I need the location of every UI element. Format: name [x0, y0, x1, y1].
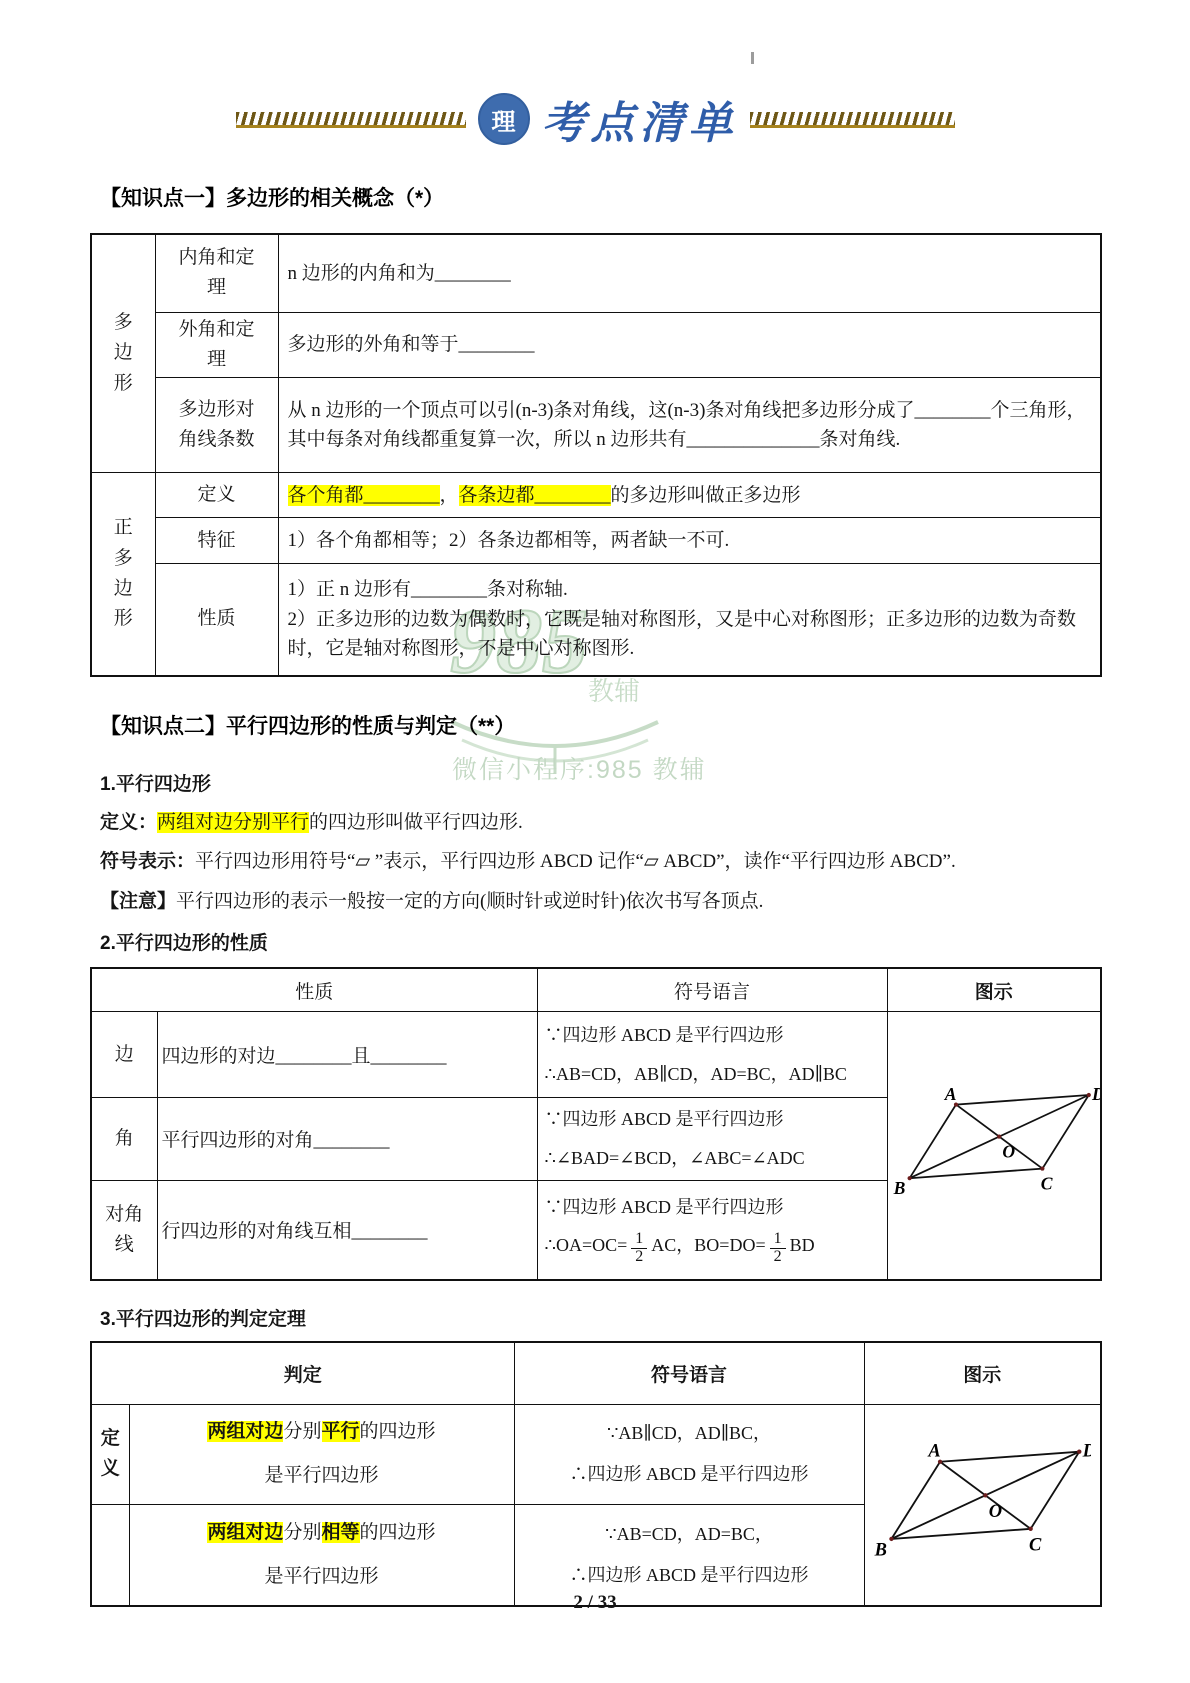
- property-text: 平行四边形的对角________: [157, 1098, 537, 1180]
- row-label-definition: 定 义: [91, 1404, 129, 1504]
- corner-mark: [751, 52, 754, 64]
- because-line: ∵AB∥CD，AD∥BC，: [519, 1413, 860, 1454]
- property-text: 四边形的对边________且________: [157, 1012, 537, 1098]
- property-text: 行四边形的对角线互相________: [157, 1180, 537, 1280]
- header-judgment: 判定: [91, 1342, 514, 1404]
- table-row: 特征 1）各个角都相等；2）各条边都相等，两者缺一不可.: [91, 518, 1101, 564]
- parallelogram-figure-cell: A D B C O: [864, 1404, 1101, 1606]
- symbol-label: 符号表示：: [100, 851, 195, 872]
- section2-heading: 【知识点二】平行四边形的性质与判定（**）: [100, 710, 1190, 740]
- note-label: 【注意】: [100, 891, 176, 912]
- vertex-d-label: D: [1091, 1087, 1100, 1104]
- therefore-line: ∴OA=OC=12AC，BO=DO=12BD: [545, 1231, 883, 1266]
- table-row: 多边形对 角线条数 从 n 边形的一个顶点可以引(n-3)条对角线，这(n-3)…: [91, 378, 1101, 473]
- vertex-d-label: D: [1082, 1443, 1091, 1461]
- highlighted-definition: 两组对边分别平行: [157, 812, 309, 833]
- note-line: 【注意】平行四边形的表示一般按一定的方向(顺时针或逆时针)依次书写各顶点.: [100, 889, 1100, 915]
- header-figure: 图示: [864, 1342, 1101, 1404]
- row-label-side: 边: [91, 1012, 157, 1098]
- therefore-line: ∴四边形 ABCD 是平行四边形: [519, 1555, 860, 1596]
- center-o-label: O: [989, 1501, 1002, 1521]
- symbol-text: 平行四边形用符号“▱ ”表示，平行四边形 ABCD 记作“▱ ABCD”，读作“…: [195, 851, 956, 872]
- symbolic-text: ∵四边形 ABCD 是平行四边形 ∴∠BAD=∠BCD，∠ABC=∠ADC: [537, 1098, 887, 1180]
- group-label-polygon: 多 边 形: [91, 234, 155, 473]
- document-page: 985 教辅 微信小程序:985 教辅 理 考点清单 【知识点一】多边形的相关概…: [0, 0, 1190, 1683]
- judgment-text: 两组对边分别相等的四边形 是平行四边形: [129, 1504, 514, 1606]
- row-label: 定义: [155, 473, 278, 518]
- definition-line: 定义：两组对边分别平行的四边形叫做平行四边形.: [100, 810, 1100, 836]
- parallelogram-figure-cell: A D B C O: [887, 1012, 1101, 1280]
- row-label: 内角和定 理: [155, 234, 278, 312]
- row-content: n 边形的内角和为________: [278, 234, 1101, 312]
- property-line1: 1）正 n 边形有________条对称轴.: [288, 575, 1097, 604]
- symbolic-text: ∵AB∥CD，AD∥BC， ∴四边形 ABCD 是平行四边形: [514, 1404, 864, 1504]
- symbolic-text: ∵AB=CD，AD=BC， ∴四边形 ABCD 是平行四边形: [514, 1504, 864, 1606]
- row-label: 外角和定 理: [155, 312, 278, 378]
- because-line: ∵四边形 ABCD 是平行四边形: [545, 1194, 883, 1221]
- table-row: 多 边 形 内角和定 理 n 边形的内角和为________: [91, 234, 1101, 312]
- section1-heading: 【知识点一】多边形的相关概念（*）: [100, 182, 1190, 212]
- separator: ，: [440, 485, 459, 506]
- therefore-line: ∴四边形 ABCD 是平行四边形: [519, 1454, 860, 1495]
- hatch-line-right-icon: [750, 112, 955, 128]
- therefore-line: ∴∠BAD=∠BCD，∠ABC=∠ADC: [545, 1139, 883, 1178]
- vertex-a-label: A: [943, 1087, 956, 1104]
- fraction-half: 12: [631, 1231, 647, 1266]
- table-header-row: 判定 符号语言 图示: [91, 1342, 1101, 1404]
- because-line: ∵四边形 ABCD 是平行四边形: [545, 1016, 883, 1055]
- judgment-line2: 是平行四边形: [134, 1454, 510, 1498]
- symbolic-text: ∵四边形 ABCD 是平行四边形 ∴OA=OC=12AC，BO=DO=12BD: [537, 1180, 887, 1280]
- judgment-text: 两组对边分别平行的四边形 是平行四边形: [129, 1404, 514, 1504]
- vertex-c-label: C: [1029, 1535, 1042, 1555]
- parallelogram-properties-table: 性质 符号语言 图示 边 四边形的对边________且________ ∵四边…: [90, 967, 1102, 1281]
- vertex-b-label: B: [892, 1178, 905, 1198]
- subsection3-title: 3.平行四边形的判定定理: [100, 1304, 1190, 1331]
- header-symbolic: 符号语言: [514, 1342, 864, 1404]
- subsection2-title: 2.平行四边形的性质: [100, 928, 1190, 955]
- header-figure: 图示: [887, 968, 1101, 1012]
- definition-label: 定义：: [100, 812, 157, 833]
- parallelogram-judgment-table: 判定 符号语言 图示 定 义 两组对边分别平行的四边形 是平行四边形 ∵AB∥C…: [90, 1341, 1102, 1607]
- header-banner: 理 考点清单: [0, 92, 1190, 146]
- symbol-line: 符号表示：平行四边形用符号“▱ ”表示，平行四边形 ABCD 记作“▱ ABCD…: [100, 849, 1100, 875]
- header-symbolic: 符号语言: [537, 968, 887, 1012]
- highlighted-blank: 各条边都________: [459, 485, 611, 506]
- row-label: 多边形对 角线条数: [155, 378, 278, 473]
- because-line: ∵AB=CD，AD=BC，: [519, 1514, 860, 1555]
- header-property: 性质: [91, 968, 537, 1012]
- symbolic-text: ∵四边形 ABCD 是平行四边形 ∴AB=CD，AB∥CD，AD=BC，AD∥B…: [537, 1012, 887, 1098]
- highlighted-blank: 各个角都________: [288, 485, 440, 506]
- row-label: 性质: [155, 564, 278, 676]
- banner-title: 考点清单: [542, 87, 738, 151]
- row-label-diagonal: 对角 线: [91, 1180, 157, 1280]
- row-label-angle: 角: [91, 1098, 157, 1180]
- vertex-c-label: C: [1040, 1173, 1052, 1193]
- row-content: 各个角都________，各条边都________的多边形叫做正多边形: [278, 473, 1101, 518]
- group-label-regular-polygon: 正 多 边 形: [91, 473, 155, 676]
- li-seal-icon: 理: [478, 93, 530, 145]
- judgment-line1: 两组对边分别相等的四边形: [134, 1511, 510, 1555]
- page-number: 2 / 33: [0, 1592, 1190, 1614]
- table-row: 边 四边形的对边________且________ ∵四边形 ABCD 是平行四…: [91, 1012, 1101, 1098]
- table-header-row: 性质 符号语言 图示: [91, 968, 1101, 1012]
- note-text: 平行四边形的表示一般按一定的方向(顺时针或逆时针)依次书写各顶点.: [176, 891, 763, 912]
- because-line: ∵四边形 ABCD 是平行四边形: [545, 1100, 883, 1139]
- definition-rest: 的四边形叫做平行四边形.: [309, 812, 523, 833]
- vertex-b-label: B: [874, 1540, 887, 1560]
- row-label-empty: [91, 1504, 129, 1606]
- row-label: 特征: [155, 518, 278, 564]
- row-content: 多边形的外角和等于________: [278, 312, 1101, 378]
- judgment-line1: 两组对边分别平行的四边形: [134, 1410, 510, 1454]
- table-row: 性质 1）正 n 边形有________条对称轴. 2）正多边形的边数为偶数时，…: [91, 564, 1101, 676]
- table-row: 定 义 两组对边分别平行的四边形 是平行四边形 ∵AB∥CD，AD∥BC， ∴四…: [91, 1404, 1101, 1504]
- subsection1-title: 1.平行四边形: [100, 769, 1190, 796]
- row-content: 从 n 边形的一个顶点可以引(n-3)条对角线，这(n-3)条对角线把多边形分成…: [278, 378, 1101, 473]
- row-content: 1）正 n 边形有________条对称轴. 2）正多边形的边数为偶数时，它既是…: [278, 564, 1101, 676]
- parallelogram-diagram: A D B C O: [892, 1087, 1100, 1199]
- stamp-character: 理: [492, 102, 516, 137]
- fraction-half: 12: [770, 1231, 786, 1266]
- therefore-line: ∴AB=CD，AB∥CD，AD=BC，AD∥BC: [545, 1055, 883, 1094]
- property-line2: 2）正多边形的边数为偶数时，它既是轴对称图形，又是中心对称图形；正多边形的边数为…: [288, 605, 1097, 664]
- hatch-line-left-icon: [236, 112, 466, 128]
- row-content: 1）各个角都相等；2）各条边都相等，两者缺一不可.: [278, 518, 1101, 564]
- vertex-a-label: A: [928, 1443, 941, 1461]
- polygon-concepts-table: 多 边 形 内角和定 理 n 边形的内角和为________ 外角和定 理 多边…: [90, 233, 1102, 677]
- table-row: 外角和定 理 多边形的外角和等于________: [91, 312, 1101, 378]
- table-row: 正 多 边 形 定义 各个角都________，各条边都________的多边形…: [91, 473, 1101, 518]
- center-o-label: O: [1002, 1141, 1015, 1161]
- rest-text: 的多边形叫做正多边形: [611, 485, 801, 506]
- parallelogram-diagram: A D B C O: [873, 1443, 1091, 1561]
